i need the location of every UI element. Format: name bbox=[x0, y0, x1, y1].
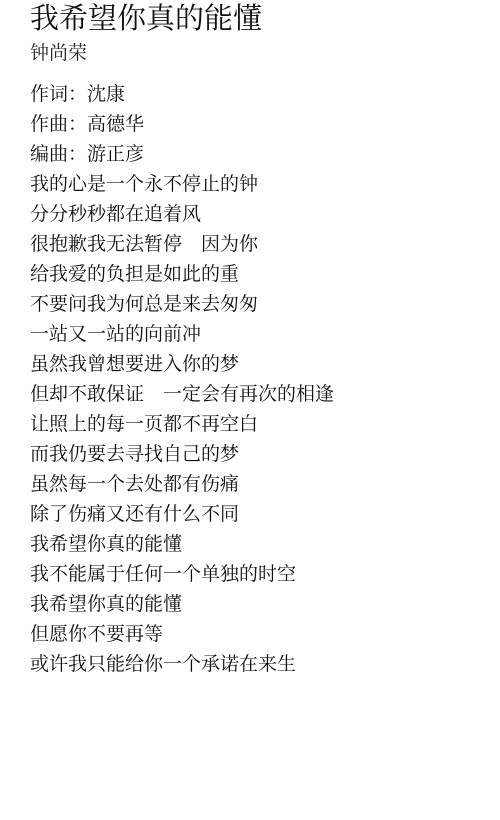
lyric-line: 很抱歉我无法暂停 因为你 bbox=[30, 229, 334, 259]
lyric-line: 我希望你真的能懂 bbox=[30, 589, 334, 619]
lyric-line: 我不能属于任何一个单独的时空 bbox=[30, 559, 334, 589]
lyric-line: 但愿你不要再等 bbox=[30, 619, 334, 649]
lyric-line: 作词：沈康 bbox=[30, 79, 334, 109]
lyric-line: 虽然我曾想要进入你的梦 bbox=[30, 349, 334, 379]
lyrics-list: 作词：沈康 作曲：高德华 编曲：游正彦 我的心是一个永不停止的钟 分分秒秒都在追… bbox=[30, 79, 334, 679]
lyric-line: 或许我只能给你一个承诺在来生 bbox=[30, 649, 334, 679]
lyric-line: 虽然每一个去处都有伤痛 bbox=[30, 469, 334, 499]
artist-name: 钟尚荣 bbox=[30, 40, 87, 66]
lyric-line: 编曲：游正彦 bbox=[30, 139, 334, 169]
lyric-line: 不要问我为何总是来去匆匆 bbox=[30, 289, 334, 319]
lyric-line: 分分秒秒都在追着风 bbox=[30, 199, 334, 229]
lyric-line: 但却不敢保证 一定会有再次的相逢 bbox=[30, 379, 334, 409]
song-title: 我希望你真的能懂 bbox=[30, 0, 262, 36]
lyric-line: 一站又一站的向前冲 bbox=[30, 319, 334, 349]
lyric-line: 我希望你真的能懂 bbox=[30, 529, 334, 559]
lyric-line: 除了伤痛又还有什么不同 bbox=[30, 499, 334, 529]
lyric-line: 我的心是一个永不停止的钟 bbox=[30, 169, 334, 199]
lyric-line: 让照上的每一页都不再空白 bbox=[30, 409, 334, 439]
lyric-line: 给我爱的负担是如此的重 bbox=[30, 259, 334, 289]
lyric-line: 而我仍要去寻找自己的梦 bbox=[30, 439, 334, 469]
lyric-line: 作曲：高德华 bbox=[30, 109, 334, 139]
